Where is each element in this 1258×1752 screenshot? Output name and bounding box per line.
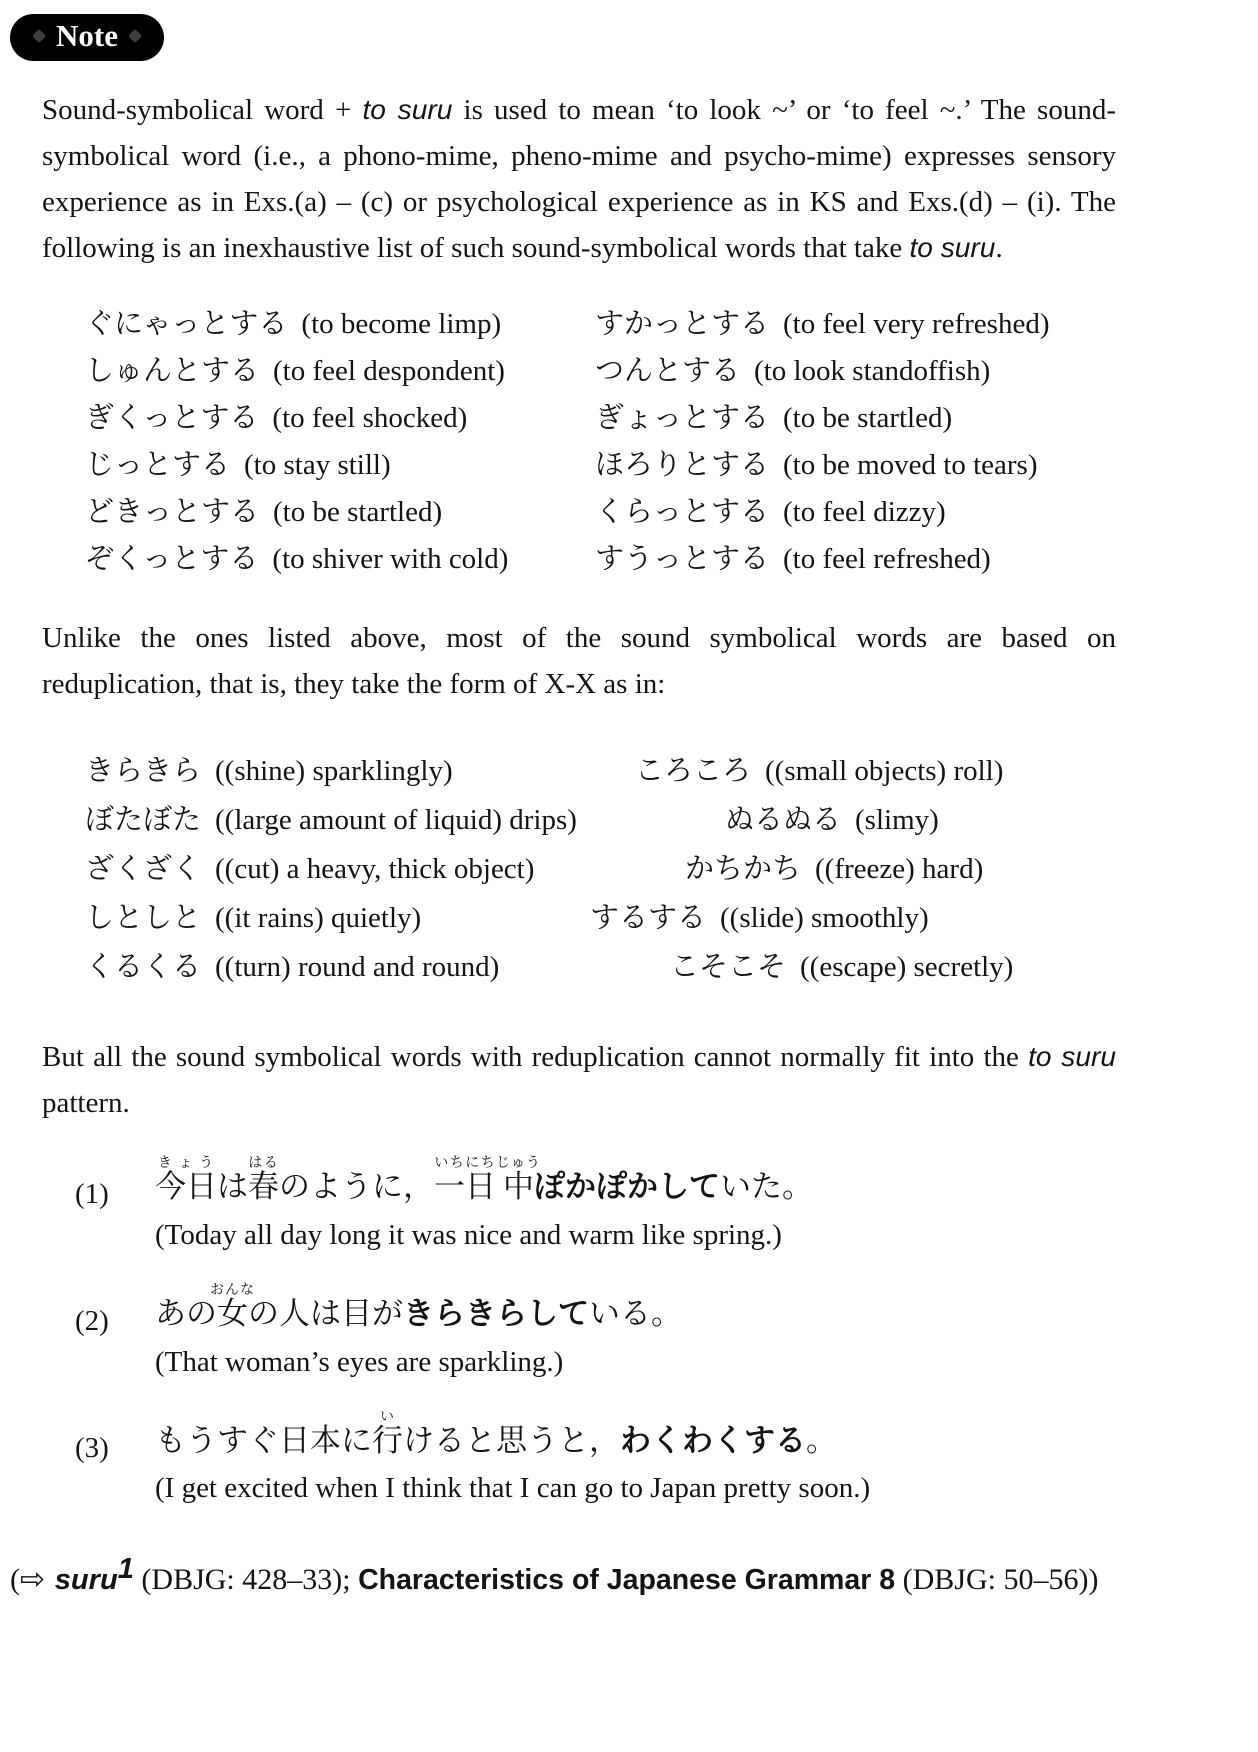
example-japanese-sentence: もうすぐ日本に行いけると思うと，わくわくする。: [155, 1410, 870, 1461]
japanese-word: くらっとする: [595, 496, 769, 528]
english-gloss: (to become limp): [301, 308, 501, 340]
word-list-row: ざくざく((cut) a heavy, thick object)かちかち((f…: [85, 845, 1218, 894]
text-segment: 春はる: [248, 1169, 279, 1204]
english-gloss: (to stay still): [244, 449, 391, 481]
word-entry: こそこそ((escape) secretly): [670, 943, 1013, 992]
text-segment: 一日いちにち: [434, 1169, 496, 1204]
text-segment: to suru: [1028, 1041, 1116, 1072]
text-segment: 行い: [372, 1423, 403, 1458]
note-badge: Note: [10, 14, 164, 61]
japanese-word: するする: [590, 902, 706, 934]
text-segment: (DBJG: 50–56)): [895, 1563, 1098, 1596]
cross-reference-arrow-icon: ⇨: [20, 1562, 55, 1597]
but-paragraph: But all the sound symbolical words with …: [42, 1034, 1116, 1126]
japanese-word: どきっとする: [85, 496, 259, 528]
example-item: (2)あの女おんなの人は目がきらきらしている。(That woman’s eye…: [75, 1283, 1218, 1384]
text-segment: But all the sound symbolical words with …: [42, 1041, 1028, 1073]
english-gloss: (slimy): [855, 804, 939, 836]
english-gloss: (to be startled): [783, 402, 952, 434]
japanese-word: ぼたぼた: [85, 804, 201, 836]
japanese-word: ぬるぬる: [725, 804, 841, 836]
to-suru-word-list: ぐにゃっとする(to become limp)すかっとする(to feel ve…: [85, 301, 1218, 583]
word-list-row: ぐにゃっとする(to become limp)すかっとする(to feel ve…: [85, 301, 1218, 348]
note-badge-label: Note: [56, 17, 118, 54]
word-list-row: ぎくっとする(to feel shocked)ぎょっとする(to be star…: [85, 395, 1218, 442]
example-item: (3)もうすぐ日本に行いけると思うと，わくわくする。(I get excited…: [75, 1410, 1218, 1511]
example-japanese-sentence: 今日きょうは春はるのように，一日いちにち中じゅうぽかぽかしていた。: [155, 1156, 813, 1207]
text-segment: 1: [118, 1553, 134, 1585]
cross-reference: (⇨ suru1 (DBJG: 428–33); Characteristics…: [10, 1544, 1255, 1605]
text-segment: は: [217, 1169, 248, 1204]
text-segment: to suru: [362, 94, 452, 125]
word-entry: ぼたぼた((large amount of liquid) drips): [85, 796, 725, 845]
text-segment: けると思うと，: [403, 1423, 620, 1458]
word-entry: すかっとする(to feel very refreshed): [595, 301, 1050, 348]
word-entry: ほろりとする(to be moved to tears): [595, 442, 1038, 489]
word-list-row: くるくる((turn) round and round)こそこそ((escape…: [85, 943, 1218, 992]
word-entry: かちかち((freeze) hard): [685, 845, 983, 894]
text-segment: Characteristics of Japanese Grammar 8: [358, 1564, 895, 1596]
text-segment: 。: [806, 1423, 837, 1458]
text-segment: .: [995, 232, 1002, 264]
english-gloss: (to feel dizzy): [783, 496, 946, 528]
example-body: 今日きょうは春はるのように，一日いちにち中じゅうぽかぽかしていた。(Today …: [155, 1156, 813, 1257]
japanese-word: つんとする: [595, 355, 740, 387]
furigana: はる: [248, 1156, 279, 1171]
english-gloss: ((freeze) hard): [815, 853, 983, 885]
japanese-word: すかっとする: [595, 308, 769, 340]
japanese-word: ぎくっとする: [85, 402, 258, 434]
text-segment: pattern.: [42, 1087, 130, 1119]
badge-ornament-icon: [128, 29, 142, 43]
example-body: もうすぐ日本に行いけると思うと，わくわくする。(I get excited wh…: [155, 1410, 870, 1511]
word-entry: つんとする(to look standoffish): [595, 348, 990, 395]
english-gloss: ((small objects) roll): [765, 755, 1003, 787]
word-entry: くるくる((turn) round and round): [85, 943, 670, 992]
furigana: じゅう: [496, 1156, 541, 1171]
example-number: (2): [75, 1283, 155, 1384]
example-japanese-sentence: あの女おんなの人は目がきらきらしている。: [155, 1283, 682, 1334]
word-entry: しゅんとする(to feel despondent): [85, 348, 595, 395]
word-entry: するする((slide) smoothly): [590, 894, 929, 943]
japanese-word: ぞくっとする: [85, 543, 258, 575]
japanese-word: ころころ: [635, 755, 751, 787]
text-segment: Unlike the ones listed above, most of th…: [42, 622, 1116, 700]
japanese-word: ぎょっとする: [595, 402, 769, 434]
japanese-word: くるくる: [85, 951, 201, 983]
word-entry: どきっとする(to be startled): [85, 489, 595, 536]
english-gloss: (to feel very refreshed): [783, 308, 1049, 340]
english-gloss: (to feel refreshed): [783, 543, 991, 575]
text-segment: ぽかぽかして: [534, 1169, 720, 1204]
word-entry: しとしと((it rains) quietly): [85, 894, 590, 943]
word-entry: ざくざく((cut) a heavy, thick object): [85, 845, 685, 894]
text-segment: Sound-symbolical word +: [42, 94, 362, 126]
intro-paragraph: Sound-symbolical word + to suru is used …: [42, 87, 1116, 271]
word-entry: ぐにゃっとする(to become limp): [85, 301, 595, 348]
english-gloss: ((it rains) quietly): [215, 902, 421, 934]
english-gloss: (to look standoffish): [754, 355, 990, 387]
text-segment: あの: [155, 1296, 217, 1331]
english-gloss: ((cut) a heavy, thick object): [215, 853, 534, 885]
english-gloss: (to feel despondent): [273, 355, 505, 387]
word-entry: すうっとする(to feel refreshed): [595, 536, 991, 583]
word-entry: じっとする(to stay still): [85, 442, 595, 489]
furigana: きょう: [155, 1156, 217, 1171]
text-segment: いた。: [720, 1169, 813, 1204]
english-gloss: (to feel shocked): [272, 402, 467, 434]
word-list-row: しとしと((it rains) quietly)するする((slide) smo…: [85, 894, 1218, 943]
example-body: あの女おんなの人は目がきらきらしている。(That woman’s eyes a…: [155, 1283, 682, 1384]
english-gloss: (to be moved to tears): [783, 449, 1037, 481]
text-segment: to suru: [909, 232, 995, 263]
word-entry: きらきら((shine) sparklingly): [85, 747, 635, 796]
text-segment: 中じゅう: [496, 1169, 534, 1204]
japanese-word: じっとする: [85, 449, 230, 481]
furigana: おんな: [210, 1283, 255, 1298]
word-entry: ぬるぬる(slimy): [725, 796, 939, 845]
word-entry: ぞくっとする(to shiver with cold): [85, 536, 595, 583]
japanese-word: すうっとする: [595, 543, 769, 575]
text-segment: わくわくする: [620, 1423, 806, 1458]
text-segment: 女おんな: [217, 1296, 248, 1331]
japanese-word: ほろりとする: [595, 449, 769, 481]
example-number: (1): [75, 1156, 155, 1257]
english-gloss: (to shiver with cold): [272, 543, 508, 575]
text-segment: きらきらして: [403, 1296, 589, 1331]
xx-word-list: きらきら((shine) sparklingly)ころころ((small obj…: [85, 747, 1218, 992]
word-list-row: しゅんとする(to feel despondent)つんとする(to look …: [85, 348, 1218, 395]
word-entry: ぎくっとする(to feel shocked): [85, 395, 595, 442]
word-entry: くらっとする(to feel dizzy): [595, 489, 946, 536]
text-segment: (: [10, 1563, 20, 1596]
english-gloss: (to be startled): [273, 496, 442, 528]
word-list-row: じっとする(to stay still)ほろりとする(to be moved t…: [85, 442, 1218, 489]
word-list-row: どきっとする(to be startled)くらっとする(to feel diz…: [85, 489, 1218, 536]
word-list-row: きらきら((shine) sparklingly)ころころ((small obj…: [85, 747, 1218, 796]
english-gloss: ((slide) smoothly): [720, 902, 929, 934]
reduplication-paragraph: Unlike the ones listed above, most of th…: [42, 615, 1116, 707]
text-segment: (DBJG: 428–33);: [134, 1563, 358, 1596]
english-gloss: ((large amount of liquid) drips): [215, 804, 577, 836]
word-list-row: ぞくっとする(to shiver with cold)すうっとする(to fee…: [85, 536, 1218, 583]
japanese-word: かちかち: [685, 853, 801, 885]
text-segment: のように，: [279, 1169, 434, 1204]
example-number: (3): [75, 1410, 155, 1511]
text-segment: もうすぐ日本に: [155, 1423, 372, 1458]
text-segment: 今日きょう: [155, 1169, 217, 1204]
example-translation: (I get excited when I think that I can g…: [155, 1466, 870, 1510]
text-segment: の人は目が: [248, 1296, 403, 1331]
book-page: Note Sound-symbolical word + to suru is …: [0, 0, 1258, 1605]
furigana: い: [372, 1410, 403, 1425]
badge-ornament-icon: [32, 29, 46, 43]
japanese-word: ぐにゃっとする: [85, 308, 287, 340]
word-list-row: ぼたぼた((large amount of liquid) drips)ぬるぬる…: [85, 796, 1218, 845]
english-gloss: ((shine) sparklingly): [215, 755, 453, 787]
example-translation: (Today all day long it was nice and warm…: [155, 1213, 813, 1257]
examples-section: (1)今日きょうは春はるのように，一日いちにち中じゅうぽかぽかしていた。(Tod…: [75, 1156, 1218, 1510]
text-segment: いる。: [589, 1296, 682, 1331]
example-item: (1)今日きょうは春はるのように，一日いちにち中じゅうぽかぽかしていた。(Tod…: [75, 1156, 1218, 1257]
english-gloss: ((escape) secretly): [800, 951, 1013, 983]
japanese-word: しとしと: [85, 902, 201, 934]
example-translation: (That woman’s eyes are sparkling.): [155, 1340, 682, 1384]
word-entry: ころころ((small objects) roll): [635, 747, 1003, 796]
english-gloss: ((turn) round and round): [215, 951, 499, 983]
japanese-word: しゅんとする: [85, 355, 259, 387]
japanese-word: こそこそ: [670, 951, 786, 983]
japanese-word: きらきら: [85, 755, 201, 787]
text-segment: suru: [55, 1564, 118, 1596]
furigana: いちにち: [434, 1156, 496, 1171]
japanese-word: ざくざく: [85, 853, 201, 885]
word-entry: ぎょっとする(to be startled): [595, 395, 952, 442]
